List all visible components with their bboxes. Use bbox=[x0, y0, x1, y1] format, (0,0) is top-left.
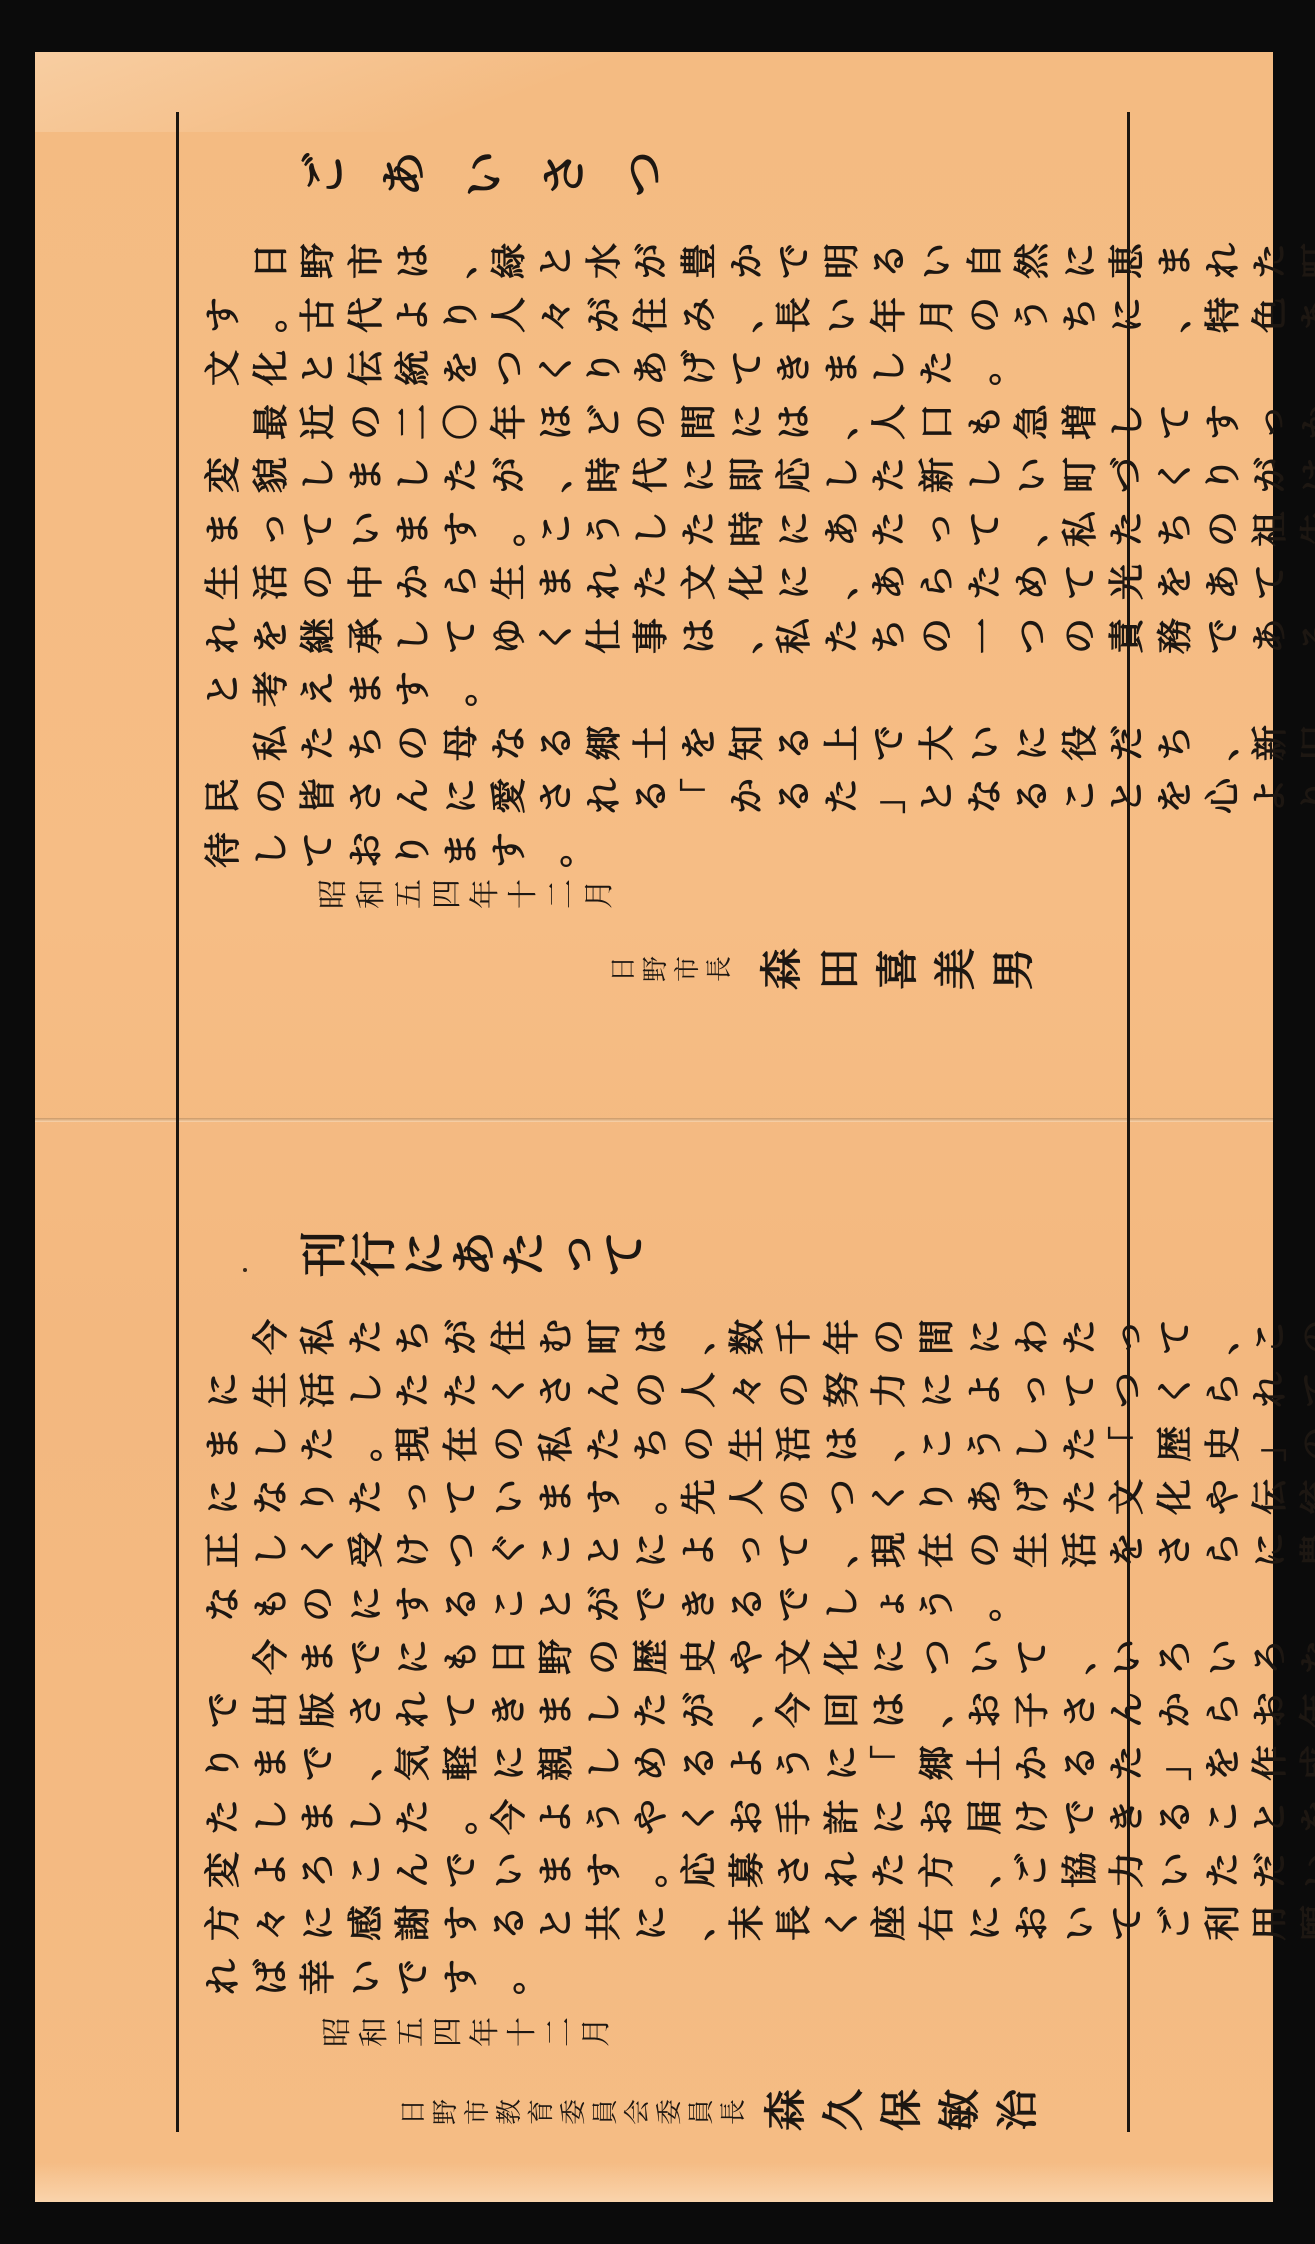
glyph: に bbox=[343, 1580, 391, 1628]
glyph: 「 bbox=[676, 772, 724, 820]
glyph bbox=[200, 719, 248, 767]
glyph: ま bbox=[343, 451, 391, 499]
glyph: と bbox=[1104, 772, 1152, 820]
glyph: い bbox=[1057, 1899, 1105, 1947]
glyph: し bbox=[248, 826, 296, 874]
glyph: け bbox=[390, 1526, 438, 1574]
glyph: ら bbox=[438, 558, 486, 606]
glyph: し bbox=[628, 505, 676, 553]
glyph: 上 bbox=[819, 719, 867, 767]
glyph: た bbox=[866, 451, 914, 499]
glyph: ご bbox=[300, 150, 348, 198]
glyph: ん bbox=[1104, 1686, 1152, 1734]
glyph: う bbox=[1009, 291, 1057, 339]
glyph: わ bbox=[1009, 1313, 1057, 1361]
glyph: 人 bbox=[866, 398, 914, 446]
glyph: 中 bbox=[343, 558, 391, 606]
glyph: を bbox=[676, 719, 724, 767]
glyph: 先 bbox=[676, 1473, 724, 1521]
glyph: 保 bbox=[878, 2086, 926, 2134]
glyph: 「 bbox=[1104, 1420, 1152, 1468]
glyph: ち bbox=[1152, 719, 1200, 767]
glyph: 気 bbox=[390, 1739, 438, 1787]
glyph: や bbox=[1200, 1473, 1248, 1521]
glyph: 歴 bbox=[1152, 1420, 1200, 1468]
glyph: く bbox=[819, 1899, 867, 1947]
glyph: れ bbox=[1247, 1366, 1295, 1414]
glyph: も bbox=[438, 1633, 486, 1681]
glyph: 、 bbox=[1295, 558, 1315, 606]
glyph: 用 bbox=[1247, 1899, 1295, 1947]
glyph: を bbox=[1200, 1739, 1248, 1787]
glyph: 方 bbox=[200, 1899, 248, 1947]
glyph: 応 bbox=[771, 451, 819, 499]
glyph: た bbox=[343, 1313, 391, 1361]
glyph: る bbox=[771, 719, 819, 767]
glyph: に bbox=[295, 1899, 343, 1947]
glyph: で bbox=[343, 1633, 391, 1681]
glyph: さ bbox=[533, 1366, 581, 1414]
glyph: 郷 bbox=[581, 719, 629, 767]
glyph: つ bbox=[1104, 1366, 1152, 1414]
glyph: 。 bbox=[343, 1420, 391, 1468]
glyph: あ bbox=[1295, 291, 1315, 339]
glyph: ゆ bbox=[486, 612, 534, 660]
glyph: は bbox=[390, 237, 438, 285]
glyph: の bbox=[771, 1366, 819, 1414]
glyph: た bbox=[914, 344, 962, 392]
glyph: た bbox=[628, 1686, 676, 1734]
glyph: れ bbox=[1200, 237, 1248, 285]
glyph: 伝 bbox=[1247, 1473, 1295, 1521]
glyph: の bbox=[771, 1473, 819, 1521]
glyph: 私 bbox=[295, 1313, 343, 1361]
glyph: し bbox=[1104, 398, 1152, 446]
glyph: 々 bbox=[724, 1366, 772, 1414]
glyph: 特 bbox=[1200, 291, 1248, 339]
glyph: め bbox=[1009, 558, 1057, 606]
glyph: に bbox=[771, 505, 819, 553]
glyph: の bbox=[1295, 1420, 1315, 1468]
glyph: 間 bbox=[676, 398, 724, 446]
glyph: 年 bbox=[1295, 1686, 1315, 1734]
glyph: る bbox=[866, 237, 914, 285]
glyph: 」 bbox=[1247, 1420, 1295, 1468]
glyph: 応 bbox=[676, 1846, 724, 1894]
glyph: て bbox=[1295, 1366, 1315, 1414]
glyph: い bbox=[962, 719, 1010, 767]
glyph: す bbox=[438, 1899, 486, 1947]
glyph: 年 bbox=[866, 291, 914, 339]
glyph: た bbox=[500, 1230, 548, 1278]
glyph: ろ bbox=[1152, 1633, 1200, 1681]
glyph: れ bbox=[200, 1953, 248, 2001]
glyph: こ bbox=[343, 1846, 391, 1894]
glyph: 人 bbox=[676, 1366, 724, 1414]
glyph: 化 bbox=[724, 558, 772, 606]
glyph: 日 bbox=[486, 1633, 534, 1681]
glyph: 人 bbox=[724, 1473, 772, 1521]
glyph: 長 bbox=[771, 1899, 819, 1947]
glyph: の bbox=[628, 398, 676, 446]
paper-crease-bottom bbox=[35, 2162, 1273, 2202]
glyph: て bbox=[1152, 398, 1200, 446]
glyph: ち bbox=[1152, 505, 1200, 553]
glyph: 美 bbox=[932, 945, 980, 993]
glyph: ら bbox=[1200, 1366, 1248, 1414]
glyph: い bbox=[1295, 1846, 1315, 1894]
glyph: に bbox=[866, 1793, 914, 1841]
glyph: お bbox=[1247, 1686, 1295, 1734]
glyph: し bbox=[390, 612, 438, 660]
glyph: 皆 bbox=[295, 772, 343, 820]
glyph: 知 bbox=[724, 719, 772, 767]
glyph: る bbox=[533, 719, 581, 767]
glyph: 私 bbox=[533, 1420, 581, 1468]
glyph: こ bbox=[533, 505, 581, 553]
glyph: 代 bbox=[628, 451, 676, 499]
glyph: 野 bbox=[295, 237, 343, 285]
glyph: こ bbox=[914, 1420, 962, 1468]
glyph: し bbox=[343, 1366, 391, 1414]
stray-mark bbox=[243, 1268, 247, 1272]
glyph: り bbox=[1200, 451, 1248, 499]
glyph: る bbox=[628, 772, 676, 820]
glyph: な bbox=[200, 1580, 248, 1628]
glyph: 。 bbox=[438, 665, 486, 713]
glyph: 届 bbox=[962, 1793, 1010, 1841]
glyph: あ bbox=[1200, 558, 1248, 606]
glyph: 歴 bbox=[628, 1633, 676, 1681]
glyph: ょ bbox=[866, 1580, 914, 1628]
glyph: る bbox=[676, 1739, 724, 1787]
glyph: れ bbox=[390, 1686, 438, 1734]
glyph: ま bbox=[533, 558, 581, 606]
glyph: 長 bbox=[710, 2088, 758, 2136]
glyph: 行 bbox=[350, 1230, 398, 1278]
glyph bbox=[200, 1633, 248, 1681]
glyph: 回 bbox=[819, 1686, 867, 1734]
glyph: れ bbox=[581, 772, 629, 820]
glyph: つ bbox=[914, 1633, 962, 1681]
glyph: ち bbox=[390, 1313, 438, 1361]
glyph: 力 bbox=[866, 1366, 914, 1414]
glyph: 新 bbox=[914, 451, 962, 499]
glyph: 在 bbox=[438, 1420, 486, 1468]
glyph: さ bbox=[343, 772, 391, 820]
glyph: 土 bbox=[628, 719, 676, 767]
glyph: 版 bbox=[295, 1686, 343, 1734]
glyph: 明 bbox=[819, 237, 867, 285]
glyph: 最 bbox=[248, 398, 296, 446]
glyph: 新 bbox=[1247, 719, 1295, 767]
glyph: の bbox=[914, 612, 962, 660]
glyph: と bbox=[533, 1899, 581, 1947]
glyph: 務 bbox=[1152, 612, 1200, 660]
glyph: か bbox=[1152, 1686, 1200, 1734]
glyph: た bbox=[438, 1366, 486, 1414]
glyph: お bbox=[962, 1686, 1010, 1734]
glyph: 、 bbox=[676, 1899, 724, 1947]
glyph: 受 bbox=[343, 1526, 391, 1574]
left-border-rule bbox=[176, 112, 179, 2132]
glyph: き bbox=[1104, 1793, 1152, 1841]
glyph: く bbox=[1152, 1366, 1200, 1414]
glyph: た bbox=[962, 558, 1010, 606]
glyph: う bbox=[771, 1739, 819, 1787]
glyph: ん bbox=[390, 772, 438, 820]
glyph: 住 bbox=[486, 1313, 534, 1361]
glyph: 史 bbox=[676, 1633, 724, 1681]
glyph: つ bbox=[620, 150, 668, 198]
glyph: き bbox=[676, 1580, 724, 1628]
glyph: し bbox=[248, 1793, 296, 1841]
glyph: す bbox=[390, 665, 438, 713]
glyph: い bbox=[962, 1633, 1010, 1681]
glyph: り bbox=[200, 1739, 248, 1787]
glyph: 人 bbox=[486, 291, 534, 339]
glyph: み bbox=[676, 291, 724, 339]
glyph: 長 bbox=[771, 291, 819, 339]
glyph: よ bbox=[962, 1366, 1010, 1414]
glyph: ち bbox=[866, 612, 914, 660]
glyph: や bbox=[724, 1633, 772, 1681]
glyph: 許 bbox=[819, 1793, 867, 1841]
glyph: と bbox=[533, 237, 581, 285]
glyph: 長 bbox=[696, 945, 744, 993]
glyph: 、 bbox=[343, 1739, 391, 1787]
glyph: ま bbox=[1152, 237, 1200, 285]
glyph: な bbox=[962, 772, 1010, 820]
glyph: ん bbox=[581, 1366, 629, 1414]
glyph: お bbox=[914, 1793, 962, 1841]
glyph: を bbox=[1152, 772, 1200, 820]
glyph: 。 bbox=[628, 1846, 676, 1894]
glyph: 喜 bbox=[874, 945, 922, 993]
glyph: ど bbox=[581, 398, 629, 446]
glyph: 刊 bbox=[300, 1230, 348, 1278]
glyph: の bbox=[295, 558, 343, 606]
glyph: で bbox=[200, 1686, 248, 1734]
glyph: 千 bbox=[771, 1313, 819, 1361]
glyph: の bbox=[1200, 505, 1248, 553]
glyph: 文 bbox=[771, 1633, 819, 1681]
glyph: 豊 bbox=[1295, 1526, 1315, 1574]
glyph: ご bbox=[1152, 1899, 1200, 1947]
glyph: 、 bbox=[866, 1420, 914, 1468]
glyph: っ bbox=[1104, 1313, 1152, 1361]
glyph: で bbox=[1057, 1793, 1105, 1841]
glyph: 共 bbox=[581, 1899, 629, 1947]
glyph: り bbox=[390, 826, 438, 874]
glyph: い bbox=[460, 150, 508, 198]
glyph: 今 bbox=[248, 1313, 296, 1361]
glyph: ぐ bbox=[486, 1526, 534, 1574]
glyph: 古 bbox=[295, 291, 343, 339]
glyph: 男 bbox=[990, 945, 1038, 993]
glyph: 変 bbox=[200, 1846, 248, 1894]
glyph: あ bbox=[866, 558, 914, 606]
glyph: 自 bbox=[962, 237, 1010, 285]
glyph: に bbox=[1104, 291, 1152, 339]
glyph: す bbox=[486, 826, 534, 874]
glyph: 、 bbox=[914, 1686, 962, 1734]
glyph: た bbox=[581, 1420, 629, 1468]
glyph: た bbox=[1057, 1420, 1105, 1468]
glyph: が bbox=[486, 451, 534, 499]
glyph: 二 bbox=[390, 398, 438, 446]
glyph: た bbox=[1057, 1473, 1105, 1521]
glyph: 生 bbox=[248, 1366, 296, 1414]
glyph: い bbox=[486, 1846, 534, 1894]
glyph: は bbox=[771, 398, 819, 446]
glyph: ま bbox=[533, 1473, 581, 1521]
glyph: で bbox=[866, 719, 914, 767]
glyph: 祖 bbox=[1247, 505, 1295, 553]
glyph: 母 bbox=[438, 719, 486, 767]
glyph: つ bbox=[486, 344, 534, 392]
glyph: ら bbox=[1200, 1686, 1248, 1734]
glyph: い bbox=[343, 505, 391, 553]
glyph: 、 bbox=[724, 291, 772, 339]
glyph: 現 bbox=[390, 1420, 438, 1468]
glyph: る bbox=[1057, 1739, 1105, 1787]
glyph: 活 bbox=[771, 1420, 819, 1468]
glyph: 近 bbox=[295, 398, 343, 446]
glyph: に bbox=[1009, 719, 1057, 767]
glyph: 急 bbox=[1009, 398, 1057, 446]
glyph: 、 bbox=[676, 1313, 724, 1361]
glyph: れ bbox=[819, 1846, 867, 1894]
glyph: ま bbox=[200, 1420, 248, 1468]
glyph: 口 bbox=[914, 398, 962, 446]
glyph: ら bbox=[914, 558, 962, 606]
glyph: し bbox=[581, 1739, 629, 1787]
glyph: 土 bbox=[962, 1739, 1010, 1787]
glyph: た bbox=[343, 1473, 391, 1521]
glyph: ち bbox=[628, 1420, 676, 1468]
glyph: を bbox=[1152, 558, 1200, 606]
glyph: 。 bbox=[248, 291, 296, 339]
glyph: に bbox=[400, 1230, 448, 1278]
glyph: っ bbox=[390, 1473, 438, 1521]
glyph: い bbox=[1009, 451, 1057, 499]
glyph: た bbox=[390, 1793, 438, 1841]
glyph bbox=[200, 398, 248, 446]
glyph: 年 bbox=[486, 398, 534, 446]
glyph: が bbox=[1247, 451, 1295, 499]
glyph: を bbox=[248, 612, 296, 660]
glyph: て bbox=[295, 826, 343, 874]
glyph: す bbox=[1200, 398, 1248, 446]
glyph: で bbox=[771, 237, 819, 285]
glyph: 史 bbox=[1200, 1420, 1248, 1468]
glyph: に bbox=[676, 451, 724, 499]
glyph: 、 bbox=[1057, 1633, 1105, 1681]
glyph: 責 bbox=[1104, 612, 1152, 660]
glyph: 生 bbox=[486, 558, 534, 606]
glyph: 化 bbox=[1152, 1473, 1200, 1521]
glyph: 幸 bbox=[295, 1953, 343, 2001]
glyph: だ bbox=[1247, 1846, 1295, 1894]
glyph: さ bbox=[771, 1846, 819, 1894]
glyph: り bbox=[914, 1473, 962, 1521]
glyph: た bbox=[1104, 505, 1152, 553]
glyph: の bbox=[962, 291, 1010, 339]
glyph: 間 bbox=[914, 1313, 962, 1361]
glyph: の bbox=[248, 772, 296, 820]
glyph: 、 bbox=[1200, 1313, 1248, 1361]
glyph: し bbox=[819, 451, 867, 499]
glyph: に bbox=[486, 1739, 534, 1787]
glyph: っ bbox=[1247, 398, 1295, 446]
glyph: よ bbox=[533, 1793, 581, 1841]
glyph: れ bbox=[581, 558, 629, 606]
paper-crease-top bbox=[35, 52, 675, 132]
glyph: る bbox=[1152, 1793, 1200, 1841]
glyph: ろ bbox=[1247, 1633, 1295, 1681]
glyph: て bbox=[600, 1230, 648, 1278]
glyph: 田 bbox=[816, 945, 864, 993]
glyph: 、 bbox=[962, 1846, 1010, 1894]
glyph: 在 bbox=[914, 1526, 962, 1574]
glyph: く bbox=[1152, 451, 1200, 499]
glyph: 私 bbox=[1057, 505, 1105, 553]
center-fold bbox=[35, 1118, 1273, 1122]
glyph: と bbox=[914, 772, 962, 820]
glyph: 水 bbox=[581, 237, 629, 285]
glyph: っ bbox=[248, 505, 296, 553]
glyph bbox=[200, 1313, 248, 1361]
glyph: 今 bbox=[771, 1686, 819, 1734]
glyph: 力 bbox=[1104, 1846, 1152, 1894]
glyph: 、 bbox=[724, 612, 772, 660]
glyph: く bbox=[676, 1793, 724, 1841]
glyph: た bbox=[819, 772, 867, 820]
glyph: か bbox=[1295, 398, 1315, 446]
glyph: 」 bbox=[866, 772, 914, 820]
glyph: 年 bbox=[819, 1313, 867, 1361]
glyph: ち bbox=[343, 719, 391, 767]
glyph: 大 bbox=[914, 719, 962, 767]
glyph: 私 bbox=[771, 612, 819, 660]
glyph: に bbox=[914, 1366, 962, 1414]
glyph: 方 bbox=[914, 1846, 962, 1894]
glyph: 光 bbox=[1104, 558, 1152, 606]
glyph: 旧 bbox=[1295, 719, 1315, 767]
glyph: 時 bbox=[724, 505, 772, 553]
glyph: て bbox=[1152, 1313, 1200, 1361]
glyph: り bbox=[438, 291, 486, 339]
glyph: む bbox=[533, 1313, 581, 1361]
glyph: な bbox=[486, 719, 534, 767]
glyph: 手 bbox=[771, 1793, 819, 1841]
glyph: 、 bbox=[438, 237, 486, 285]
glyph: た bbox=[628, 558, 676, 606]
glyph: 今 bbox=[486, 1793, 534, 1841]
glyph: に bbox=[628, 1526, 676, 1574]
glyph: あ bbox=[962, 1473, 1010, 1521]
glyph: し bbox=[866, 344, 914, 392]
glyph: 、 bbox=[533, 451, 581, 499]
glyph: に bbox=[819, 1739, 867, 1787]
glyph: が bbox=[581, 291, 629, 339]
glyph: 、 bbox=[1200, 719, 1248, 767]
glyph: い bbox=[486, 1473, 534, 1521]
glyph: か bbox=[724, 772, 772, 820]
glyph: の bbox=[628, 1366, 676, 1414]
glyph: て bbox=[962, 505, 1010, 553]
